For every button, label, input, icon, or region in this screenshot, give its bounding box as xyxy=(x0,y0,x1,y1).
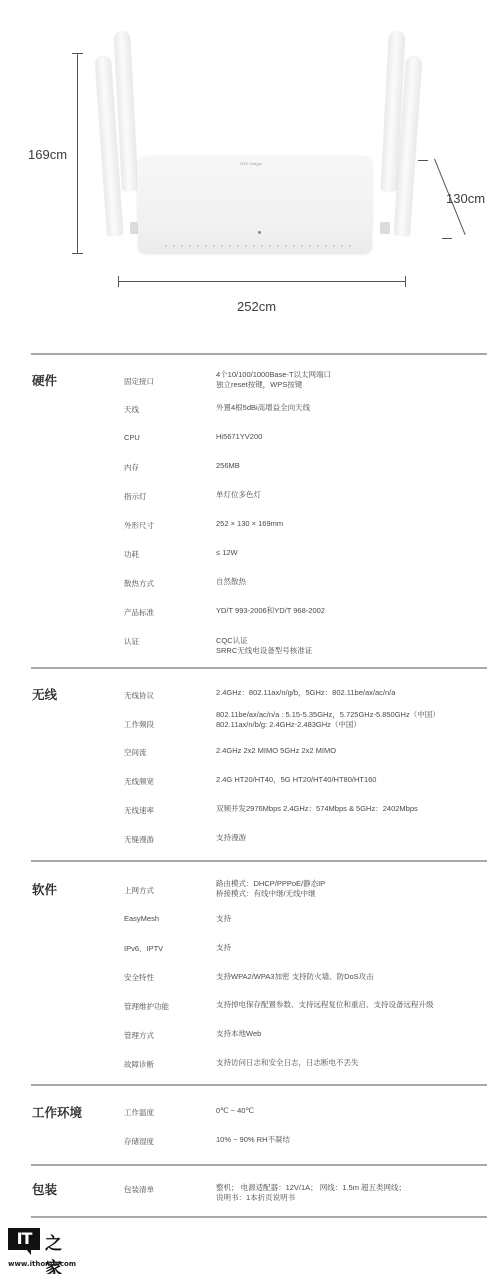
spec-label: IPv6、IPTV xyxy=(124,943,163,954)
spec-value: 支持漫游 xyxy=(216,833,246,843)
spec-label: 存储湿度 xyxy=(124,1136,154,1147)
spec-value: 252 × 130 × 169mm xyxy=(216,519,283,529)
spec-label: 产品标准 xyxy=(124,607,154,618)
status-led xyxy=(258,231,261,234)
depth-dimension-label: 130cm xyxy=(446,191,485,206)
spec-label: 工作频段 xyxy=(124,719,154,730)
spec-value: YD/T 993-2006和YD/T 968-2002 xyxy=(216,606,325,616)
spec-value: 256MB xyxy=(216,461,240,471)
spec-label: 故障诊断 xyxy=(124,1059,154,1070)
width-dimension-cap-right xyxy=(405,276,406,287)
router-front-panel xyxy=(138,220,372,253)
ithome-logo-icon: IT xyxy=(8,1228,40,1250)
section-divider xyxy=(31,860,487,862)
spec-value: 802.11be/ax/ac/n/a : 5.15-5.35GHz，5.725G… xyxy=(216,710,440,730)
depth-dimension-cap-top xyxy=(418,160,428,161)
height-dimension-cap-bottom xyxy=(72,253,83,254)
section-divider xyxy=(31,353,487,355)
depth-dimension-cap-bottom xyxy=(442,238,452,239)
spec-value: 外置4根5dBi高增益全向天线 xyxy=(216,403,310,413)
router-brand-mark: H3C Magic xyxy=(240,161,262,166)
section-title-environment: 工作环境 xyxy=(32,1103,82,1121)
antenna-joint xyxy=(380,222,390,234)
spec-label: 管理方式 xyxy=(124,1030,154,1041)
width-dimension-line xyxy=(118,281,405,282)
ithome-url: www.ithome.com xyxy=(8,1260,76,1268)
spec-label: 散热方式 xyxy=(124,578,154,589)
spec-value: 支持本地Web xyxy=(216,1029,261,1039)
spec-label: 指示灯 xyxy=(124,491,147,502)
section-divider xyxy=(31,1216,487,1218)
width-dimension-cap-left xyxy=(118,276,119,287)
spec-label: 天线 xyxy=(124,404,139,415)
spec-value: 支持访问日志和安全日志，日志断电不丢失 xyxy=(216,1058,359,1068)
spec-value: 2.4GHz：802.11ax/n/g/b，5GHz：802.11be/ax/a… xyxy=(216,688,395,698)
spec-label: 内存 xyxy=(124,462,139,473)
spec-value: 支持WPA2/WPA3加密 支持防火墙、防DoS攻击 xyxy=(216,972,374,982)
spec-label: 无线速率 xyxy=(124,805,154,816)
width-dimension-label: 252cm xyxy=(237,299,276,314)
section-divider xyxy=(31,667,487,669)
spec-value: 2.4GHz 2x2 MIMO 5GHz 2x2 MIMO xyxy=(216,746,336,756)
spec-label: CPU xyxy=(124,433,140,442)
spec-value: 单灯位多色灯 xyxy=(216,490,261,500)
spec-label: 上网方式 xyxy=(124,885,154,896)
spec-value: 支持掉电保存配置参数、支持远程复位和重启、支持设备远程升级 xyxy=(216,1000,434,1010)
section-divider xyxy=(31,1084,487,1086)
spec-value: 支持 xyxy=(216,914,231,924)
spec-label: 工作温度 xyxy=(124,1107,154,1118)
spec-value: 双频并发2976Mbps 2.4GHz：574Mbps & 5GHz：2402M… xyxy=(216,804,418,814)
spec-label: 无线频宽 xyxy=(124,776,154,787)
spec-label: 外形尺寸 xyxy=(124,520,154,531)
spec-label: 固定接口 xyxy=(124,376,154,387)
spec-label: EasyMesh xyxy=(124,914,159,923)
spec-label: 安全特性 xyxy=(124,972,154,983)
spec-value: ≤ 12W xyxy=(216,548,238,558)
spec-label: 包装清单 xyxy=(124,1184,154,1195)
spec-value: 4个10/100/1000Base-T以太网端口 独立reset按键，WPS按键 xyxy=(216,370,331,390)
product-image: 169cm 130cm 252cm H3C Magic xyxy=(0,0,500,345)
height-dimension-line xyxy=(77,53,78,253)
spec-label: 空间流 xyxy=(124,747,147,758)
router-top-surface xyxy=(137,156,373,226)
spec-value: 自然散热 xyxy=(216,577,246,587)
height-dimension-label: 169cm xyxy=(28,147,67,162)
spec-value: 支持 xyxy=(216,943,231,953)
section-title-packaging: 包装 xyxy=(32,1180,57,1198)
spec-value: Hi5671YV200 xyxy=(216,432,262,442)
height-dimension-cap-top xyxy=(72,53,83,54)
spec-label: 无线协议 xyxy=(124,690,154,701)
spec-label: 功耗 xyxy=(124,549,139,560)
section-divider xyxy=(31,1164,487,1166)
spec-value: CQC认证 SRRC无线电设备型号核准证 xyxy=(216,636,312,656)
spec-value: 整机； 电源适配器：12V/1A； 网线：1.5m 超五类网线； 说明书：1本折… xyxy=(216,1183,406,1203)
spec-value: 10% ~ 90% RH不凝结 xyxy=(216,1135,290,1145)
spec-value: 2.4G HT20/HT40，5G HT20/HT40/HT80/HT160 xyxy=(216,775,376,785)
spec-value: 路由模式：DHCP/PPPoE/静态IP 桥接模式：有线中继/无线中继 xyxy=(216,879,325,899)
spec-label: 无缝漫游 xyxy=(124,834,154,845)
spec-label: 认证 xyxy=(124,636,139,647)
router-vent xyxy=(165,245,355,247)
spec-label: 管理维护功能 xyxy=(124,1001,169,1012)
section-title-software: 软件 xyxy=(32,880,57,898)
spec-value: 0℃ ~ 40℃ xyxy=(216,1106,254,1116)
section-title-wireless: 无线 xyxy=(32,685,57,703)
section-title-hardware: 硬件 xyxy=(32,371,57,389)
